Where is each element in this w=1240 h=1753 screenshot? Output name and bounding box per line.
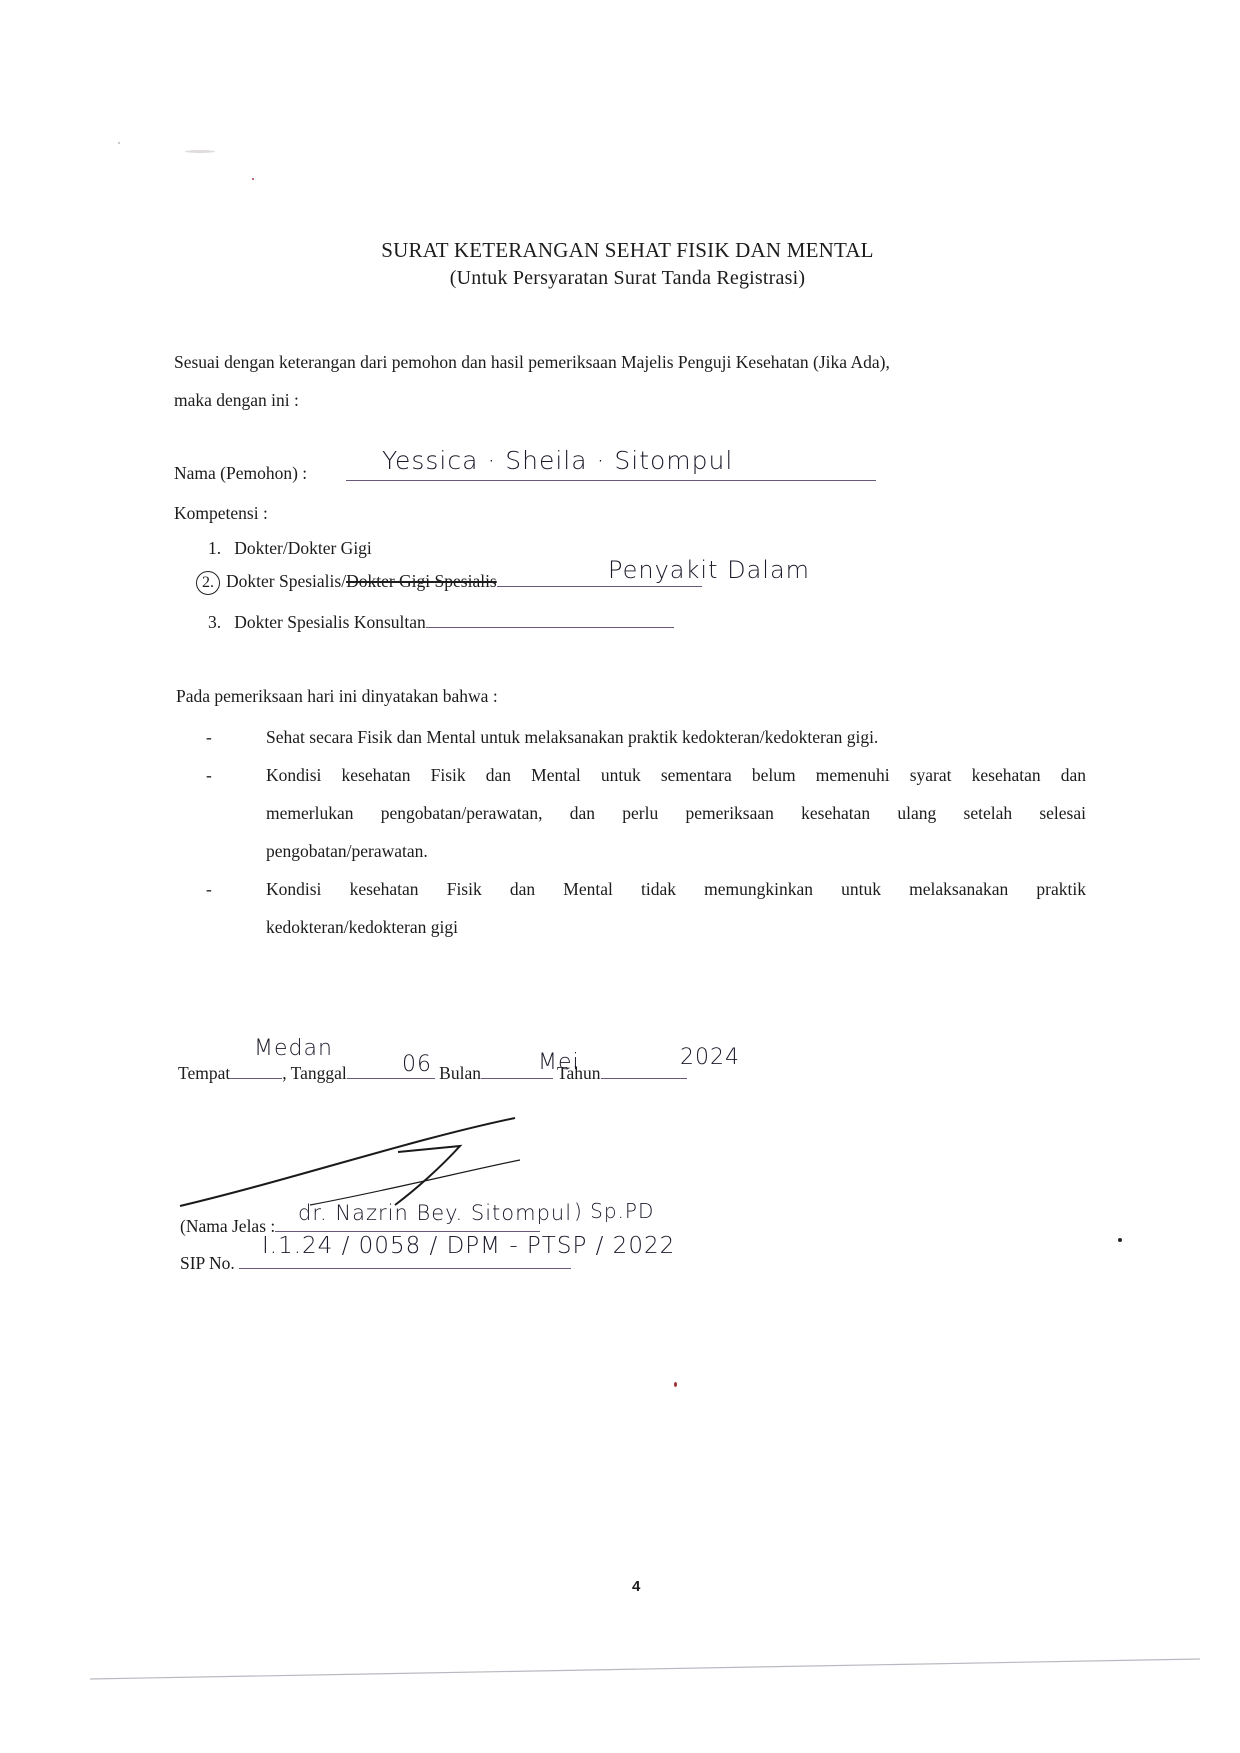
scan-artifact: [118, 142, 120, 144]
nama-label: Nama (Pemohon) :: [174, 463, 307, 484]
scan-artifact: [674, 1382, 677, 1387]
bullet-dash: -: [206, 756, 266, 870]
statement-item: - Kondisi kesehatan Fisik dan Mental unt…: [206, 756, 1086, 870]
tahun-underline: [601, 1076, 687, 1079]
spesialis-underline: [497, 584, 702, 587]
kompetensi-text: Dokter Spesialis/: [226, 571, 346, 591]
statement-text: Kondisi kesehatan Fisik dan Mental untuk…: [266, 756, 1086, 870]
statement-item: - Sehat secara Fisik dan Mental untuk me…: [206, 718, 1086, 756]
spesialis-value[interactable]: Penyakit Dalam: [608, 556, 810, 584]
kompetensi-label: Kompetensi :: [174, 503, 268, 524]
document-subtitle: (Untuk Persyaratan Surat Tanda Registras…: [0, 267, 1240, 290]
statement-item: - Kondisi kesehatan Fisik dan Mental tid…: [206, 870, 1086, 946]
statement-line: kedokteran/kedokteran gigi: [266, 908, 1086, 946]
kompetensi-text: Dokter/Dokter Gigi: [234, 538, 372, 558]
page-number: 4: [632, 1578, 640, 1595]
konsultan-underline: [426, 625, 674, 628]
tempat-value[interactable]: Medan: [254, 1036, 333, 1061]
scan-edge-line: [90, 1655, 1210, 1685]
tempat-underline: [230, 1076, 282, 1079]
nama-value[interactable]: Yessica · Sheila · Sitompul: [382, 446, 733, 475]
statement-text: Kondisi kesehatan Fisik dan Mental tidak…: [266, 870, 1086, 946]
kompetensi-item-3[interactable]: 3. Dokter Spesialis Konsultan: [208, 612, 674, 633]
kompetensi-text: Dokter Spesialis Konsultan: [234, 612, 426, 632]
statement-line: Sehat secara Fisik dan Mental untuk mela…: [266, 718, 1086, 756]
nama-jelas-label: (Nama Jelas :: [180, 1216, 275, 1236]
document-title: SURAT KETERANGAN SEHAT FISIK DAN MENTAL: [0, 238, 1240, 263]
kompetensi-number: 1.: [208, 538, 221, 558]
statement-label: Pada pemeriksaan hari ini dinyatakan bah…: [176, 686, 498, 707]
tahun-value[interactable]: 2024: [680, 1045, 740, 1070]
kompetensi-item-1: 1. Dokter/Dokter Gigi: [208, 538, 372, 559]
bullet-dash: -: [206, 870, 266, 946]
nama-jelas-value[interactable]: dr. Nazrin Bey. Sitompul: [298, 1201, 572, 1225]
bulan-value[interactable]: Mei: [538, 1050, 580, 1075]
tanggal-label: , Tanggal: [282, 1063, 347, 1083]
nama-jelas-suffix: ) Sp.PD: [574, 1199, 654, 1223]
tanggal-value[interactable]: 06: [402, 1052, 432, 1077]
nama-underline: [346, 478, 876, 481]
bulan-label: Bulan: [439, 1063, 481, 1083]
scan-artifact: [1118, 1238, 1122, 1242]
sip-value[interactable]: I.1.24 / 0058 / DPM - PTSP / 2022: [262, 1233, 675, 1259]
intro-text-2: maka dengan ini :: [174, 390, 299, 411]
sip-label: SIP No.: [180, 1253, 235, 1273]
kompetensi-number: 3.: [208, 612, 221, 632]
tempat-label: Tempat: [178, 1063, 230, 1083]
statement-line: Kondisi kesehatan Fisik dan Mental tidak…: [266, 870, 1086, 908]
statement-list: - Sehat secara Fisik dan Mental untuk me…: [206, 718, 1086, 946]
statement-line: Kondisi kesehatan Fisik dan Mental untuk…: [266, 756, 1086, 794]
intro-text: Sesuai dengan keterangan dari pemohon da…: [174, 352, 1086, 373]
struck-text: Dokter Gigi Spesialis: [346, 571, 497, 591]
scan-artifact: [185, 150, 215, 153]
nama-jelas-underline: [275, 1229, 540, 1232]
statement-line: pengobatan/perawatan.: [266, 832, 1086, 870]
bullet-dash: -: [206, 718, 266, 756]
statement-line: memerlukan pengobatan/perawatan, dan per…: [266, 794, 1086, 832]
statement-text: Sehat secara Fisik dan Mental untuk mela…: [266, 718, 1086, 756]
sip-underline: [239, 1266, 571, 1269]
date-line: Tempat, Tanggal Bulan Tahun: [178, 1063, 687, 1084]
scan-artifact: [252, 178, 254, 180]
selected-circle-mark: 2.: [196, 571, 220, 595]
bulan-underline: [481, 1076, 553, 1079]
